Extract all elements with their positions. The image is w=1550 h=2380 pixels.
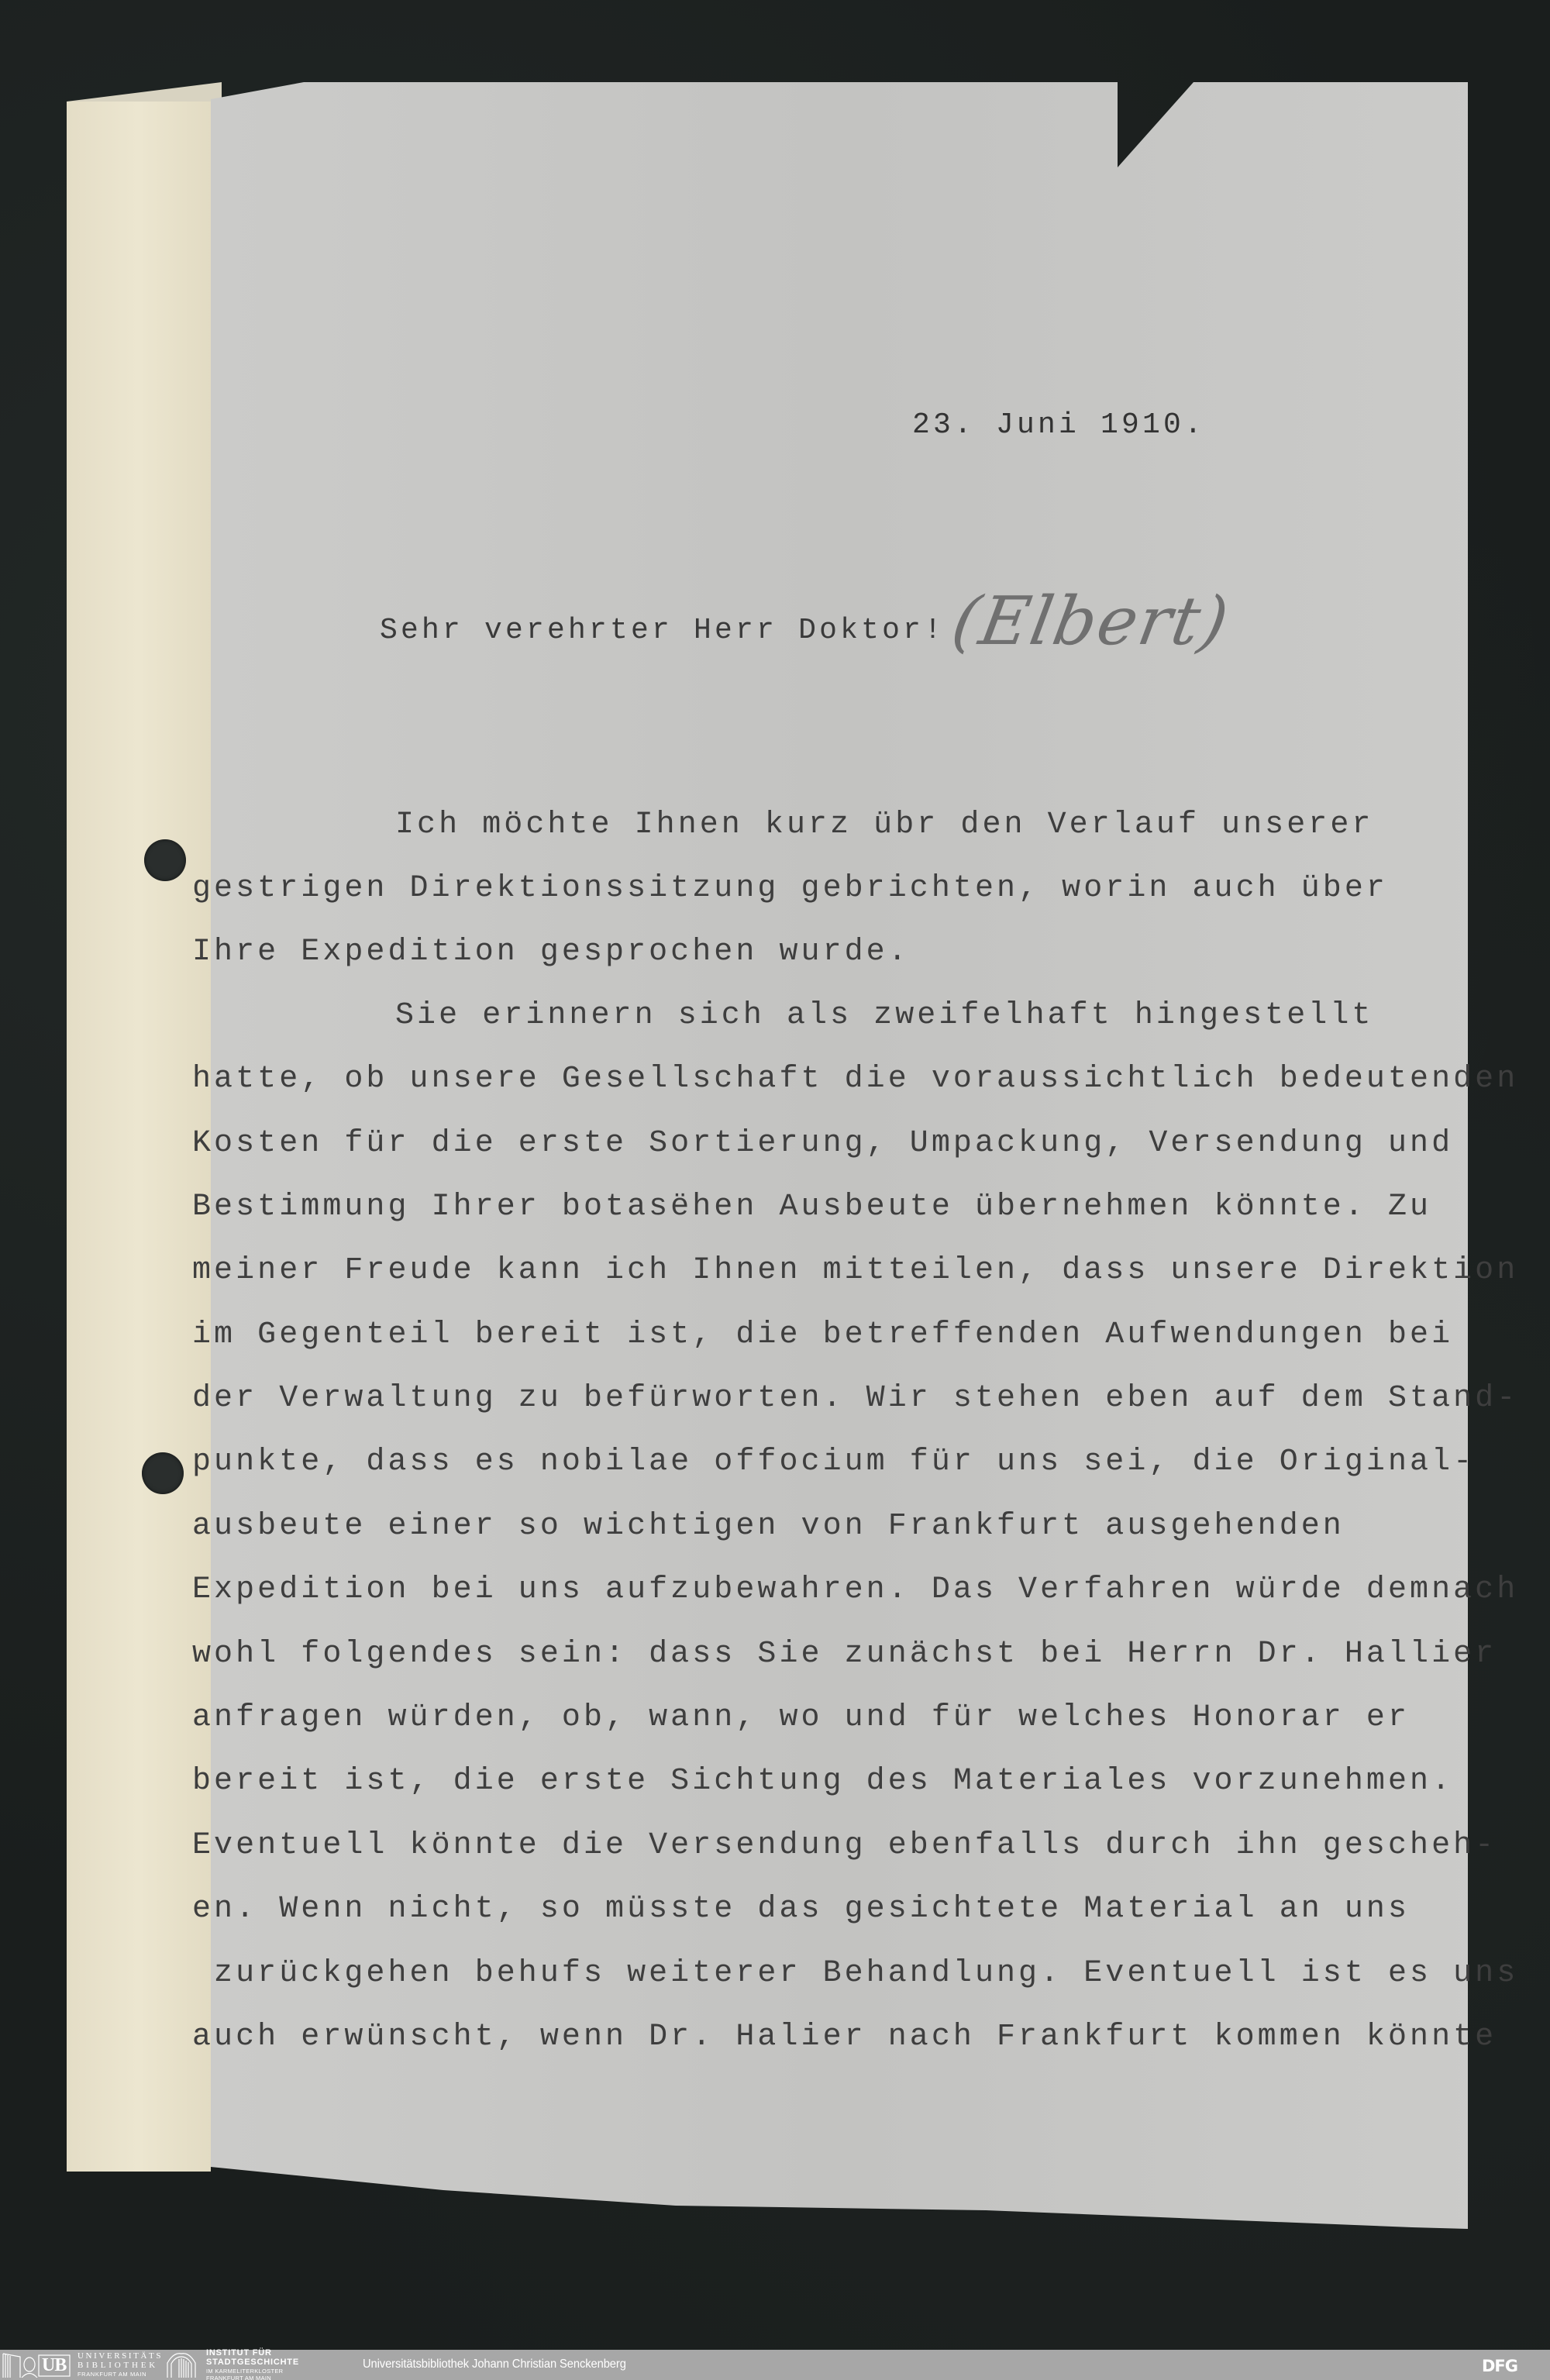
letter-line: wohl folgendes sein: dass Sie zunächst b… bbox=[192, 1639, 1497, 1670]
letter-line: im Gegenteil bereit ist, die betreffende… bbox=[192, 1320, 1453, 1351]
punch-hole-icon bbox=[144, 839, 186, 881]
letter-line: punkte, dass es nobilae offocium für uns… bbox=[192, 1447, 1475, 1478]
isg-line3: IM KARMELITERKLOSTER bbox=[206, 2368, 299, 2375]
letter-line: hatte, ob unsere Gesellschaft die voraus… bbox=[192, 1064, 1518, 1095]
letter-salutation: Sehr verehrter Herr Doktor! bbox=[380, 616, 945, 646]
dfg-logo[interactable]: DFG bbox=[1482, 2357, 1517, 2375]
isg-line4: FRANKFURT AM MAIN bbox=[206, 2375, 299, 2380]
gothic-arch-icon bbox=[166, 2352, 197, 2378]
letter-line: der Verwaltung zu befürworten. Wir stehe… bbox=[192, 1383, 1518, 1414]
letter-line: Ich möchte Ihnen kurz übr den Verlauf un… bbox=[395, 810, 1373, 841]
handwritten-annotation: (Elbert) bbox=[946, 583, 1235, 660]
letter-date: 23. Juni 1910. bbox=[912, 411, 1205, 440]
letter-line: en. Wenn nicht, so müsste das gesichtete… bbox=[192, 1894, 1410, 1925]
ub-line1: UNIVERSITÄTS bbox=[77, 2352, 163, 2361]
letter-line: anfragen würden, ob, wann, wo und für we… bbox=[192, 1703, 1410, 1734]
ub-line3: FRANKFURT AM MAIN bbox=[77, 2371, 163, 2378]
letter-line: meiner Freude kann ich Ihnen mitteilen, … bbox=[192, 1255, 1518, 1286]
letter-line: auch erwünscht, wenn Dr. Halier nach Fra… bbox=[192, 2022, 1497, 2053]
ub-logo[interactable]: UB UNIVERSITÄTS BIBLIOTHEK FRANKFURT AM … bbox=[2, 2351, 163, 2378]
letter-line: Bestimmung Ihrer botasëhen Ausbeute über… bbox=[192, 1192, 1431, 1223]
footer-bar: UB UNIVERSITÄTS BIBLIOTHEK FRANKFURT AM … bbox=[0, 2350, 1550, 2380]
letter-line: Kosten für die erste Sortierung, Umpacku… bbox=[192, 1128, 1453, 1159]
letter-line: bereit ist, die erste Sichtung des Mater… bbox=[192, 1766, 1453, 1797]
letter-line: gestrigen Direktionssitzung gebrichten, … bbox=[192, 873, 1388, 904]
letter-line: Sie erinnern sich als zweifelhaft hinges… bbox=[395, 1001, 1373, 1032]
backing-strip bbox=[67, 98, 211, 2172]
letter-line: Eventuell könnte die Versendung ebenfall… bbox=[192, 1831, 1497, 1862]
isg-logo[interactable]: INSTITUT FÜR STADTGESCHICHTE IM KARMELIT… bbox=[166, 2351, 299, 2378]
letter-line: ausbeute einer so wichtigen von Frankfur… bbox=[192, 1511, 1345, 1542]
ub-portrait-icon: UB bbox=[2, 2352, 71, 2378]
library-name: Universitätsbibliothek Johann Christian … bbox=[363, 2358, 626, 2371]
isg-line1: INSTITUT FÜR bbox=[206, 2349, 299, 2358]
letter-line: Expedition bei uns aufzubewahren. Das Ve… bbox=[192, 1575, 1518, 1606]
letter-line: zurückgehen behufs weiterer Behandlung. … bbox=[192, 1958, 1518, 1989]
punch-hole-icon bbox=[142, 1452, 184, 1494]
letter-line: Ihre Expedition gesprochen wurde. bbox=[192, 937, 910, 968]
isg-line2: STADTGESCHICHTE bbox=[206, 2358, 299, 2367]
ub-line2: BIBLIOTHEK bbox=[77, 2361, 163, 2370]
